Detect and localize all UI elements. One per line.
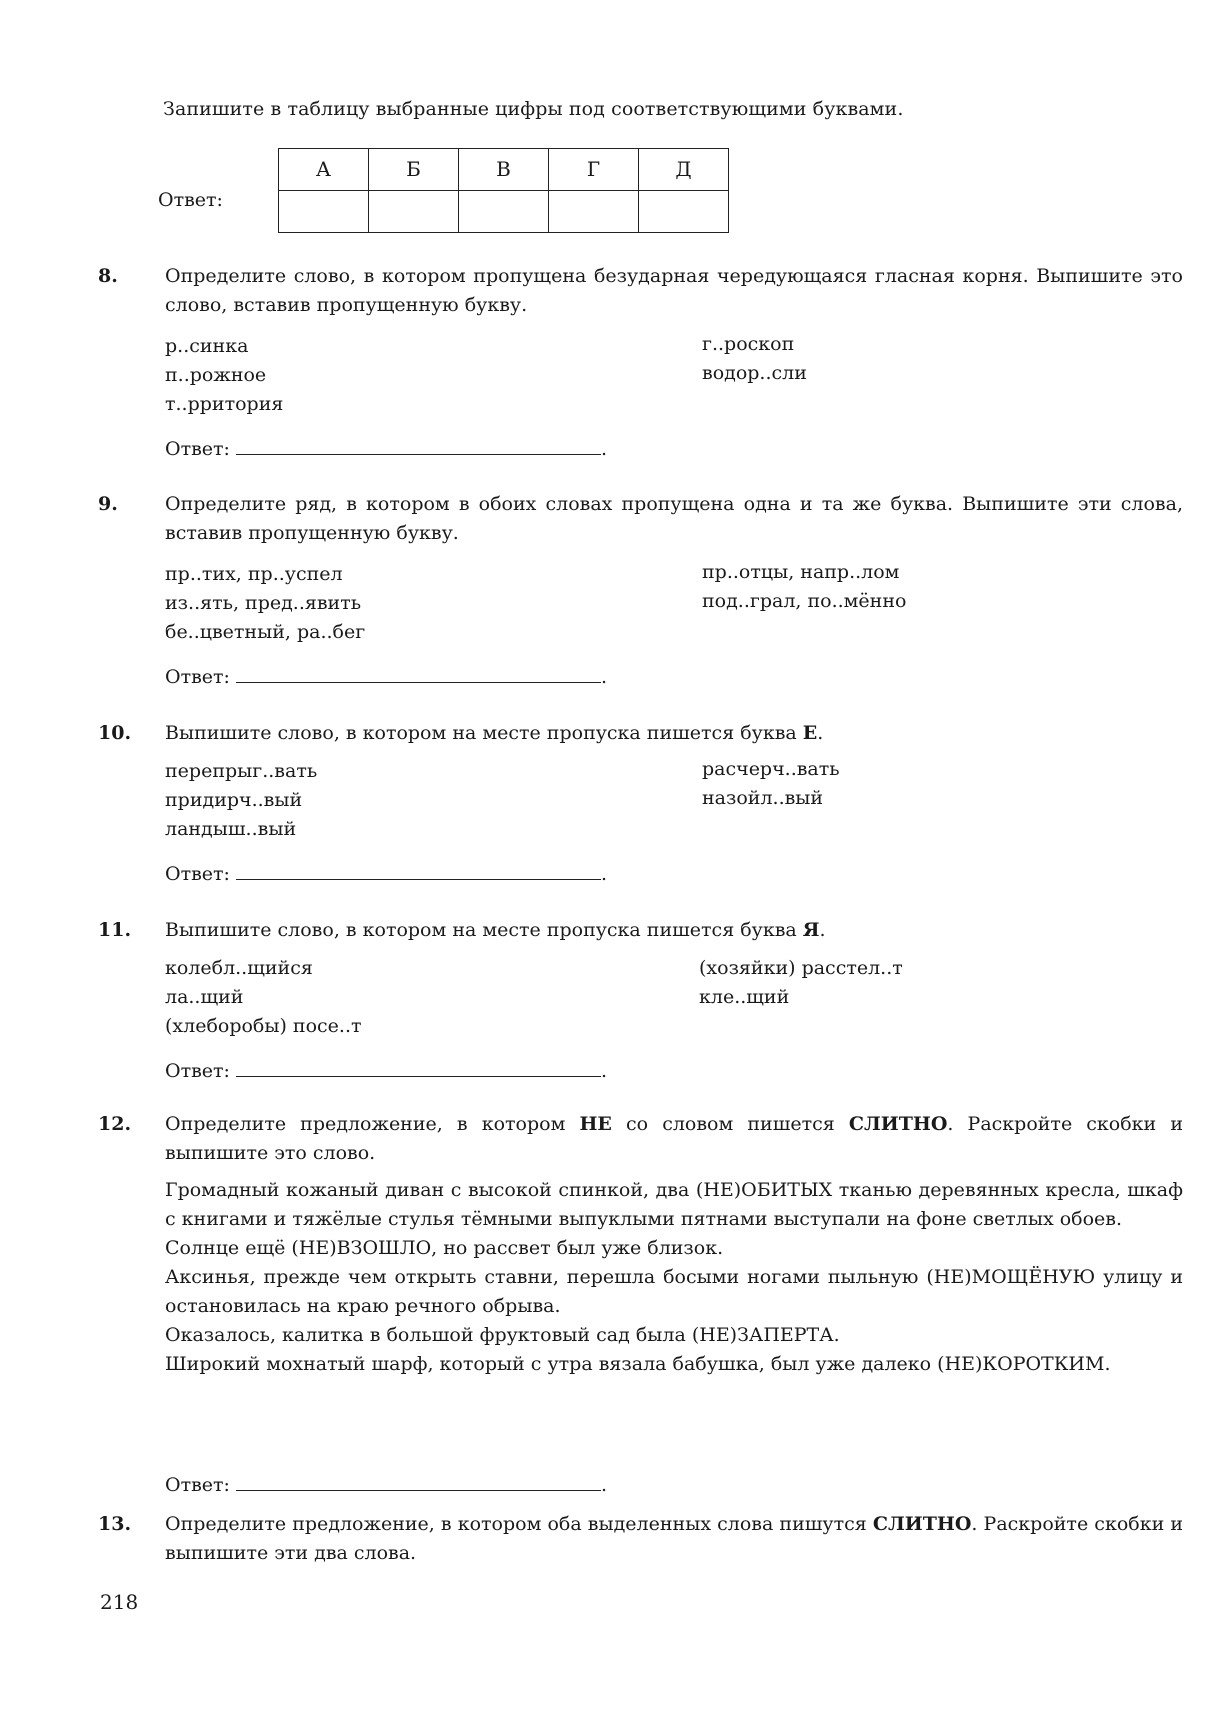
option: г..роскоп [702, 330, 807, 359]
answer-field[interactable] [236, 859, 601, 880]
task-text-part: Выпишите слово, в котором на месте пропу… [165, 722, 803, 744]
task-number: 11. [98, 916, 131, 945]
sentence: Громадный кожаный диван с высокой спинко… [165, 1176, 1183, 1234]
task-text-bold: СЛИТНО [849, 1113, 948, 1135]
task-number: 10. [98, 719, 131, 748]
table-cell-g[interactable] [549, 191, 639, 233]
sentence-list: Громадный кожаный диван с высокой спинко… [165, 1176, 1183, 1379]
answer-label: Ответ: [165, 666, 230, 688]
option: ландыш..вый [165, 815, 317, 844]
option: расчерч..вать [702, 755, 840, 784]
answer-field[interactable] [236, 1056, 601, 1077]
page-number: 218 [100, 1588, 138, 1617]
task-text-part: . [820, 919, 826, 941]
option: (хлеборобы) посе..т [165, 1012, 362, 1041]
answer-line: Ответ:. [165, 662, 607, 692]
answer-line: Ответ:. [165, 434, 607, 464]
sentence: Аксинья, прежде чем открыть ставни, пере… [165, 1263, 1183, 1321]
task-text-bold: СЛИТНО [873, 1513, 972, 1535]
sentence: Солнце ещё (НЕ)ВЗОШЛО, но рассвет был уж… [165, 1234, 1183, 1263]
task-text-bold: Е [803, 722, 817, 744]
answer-period: . [601, 438, 607, 460]
option: кле..щий [699, 983, 903, 1012]
answer-period: . [601, 666, 607, 688]
answer-label: Ответ: [165, 438, 230, 460]
table-header-a: А [279, 149, 369, 191]
task-text: Выпишите слово, в котором на месте пропу… [165, 916, 1183, 945]
answer-table-header-row: А Б В Г Д [279, 149, 729, 191]
task-text: Определите слово, в котором пропущена бе… [165, 262, 1183, 320]
answer-line: Ответ:. [165, 1470, 607, 1500]
answer-field[interactable] [236, 1470, 601, 1491]
task-text-part: Определите предложение, в котором [165, 1113, 579, 1135]
task-text-part: Выпишите слово, в котором на месте пропу… [165, 919, 803, 941]
answer-line: Ответ:. [165, 859, 607, 889]
option: назойл..вый [702, 784, 840, 813]
task-text: Выпишите слово, в котором на месте пропу… [165, 719, 1183, 748]
task-text-bold: Я [803, 919, 820, 941]
option: колебл..щийся [165, 954, 362, 983]
table-header-b: Б [369, 149, 459, 191]
task-text: Определите предложение, в котором НЕ со … [165, 1110, 1183, 1168]
answer-field[interactable] [236, 662, 601, 683]
table-header-v: В [459, 149, 549, 191]
table-header-d: Д [639, 149, 729, 191]
answer-period: . [601, 1060, 607, 1082]
table-cell-a[interactable] [279, 191, 369, 233]
textbook-page: Запишите в таблицу выбранные цифры под с… [0, 0, 1210, 1712]
answer-label: Ответ: [165, 1060, 230, 1082]
option: т..рритория [165, 390, 283, 419]
option: р..синка [165, 332, 283, 361]
task-number: 9. [98, 490, 118, 519]
option: под..грал, по..мённо [702, 587, 906, 616]
task-text-part: . [817, 722, 823, 744]
task-text: Определите ряд, в котором в обоих словах… [165, 490, 1183, 548]
table-instruction: Запишите в таблицу выбранные цифры под с… [163, 95, 903, 124]
option: бе..цветный, ра..бег [165, 618, 365, 647]
task-text: Определите предложение, в котором оба вы… [165, 1510, 1183, 1568]
option: водор..сли [702, 359, 807, 388]
task-number: 12. [98, 1110, 131, 1139]
option: ла..щий [165, 983, 362, 1012]
option: п..рожное [165, 361, 283, 390]
answer-period: . [601, 1474, 607, 1496]
answer-table-value-row [279, 191, 729, 233]
answer-period: . [601, 863, 607, 885]
answer-field[interactable] [236, 434, 601, 455]
task-text-bold: НЕ [579, 1113, 611, 1135]
option: (хозяйки) расстел..т [699, 954, 903, 983]
table-cell-b[interactable] [369, 191, 459, 233]
task-number: 13. [98, 1510, 131, 1539]
option: из..ять, пред..явить [165, 589, 365, 618]
answer-label: Ответ: [158, 186, 223, 215]
task-number: 8. [98, 262, 118, 291]
table-cell-v[interactable] [459, 191, 549, 233]
sentence: Широкий мохнатый шарф, который с утра вя… [165, 1350, 1183, 1379]
task-text-part: Определите предложение, в котором оба вы… [165, 1513, 873, 1535]
option: придирч..вый [165, 786, 317, 815]
answer-line: Ответ:. [165, 1056, 607, 1086]
table-header-g: Г [549, 149, 639, 191]
sentence: Оказалось, калитка в большой фруктовый с… [165, 1321, 1183, 1350]
option: пр..отцы, напр..лом [702, 558, 906, 587]
table-cell-d[interactable] [639, 191, 729, 233]
task-text-part: со словом пишется [612, 1113, 849, 1135]
answer-table: А Б В Г Д [278, 148, 729, 233]
option: пр..тих, пр..успел [165, 560, 365, 589]
answer-label: Ответ: [165, 863, 230, 885]
option: перепрыг..вать [165, 757, 317, 786]
answer-label: Ответ: [165, 1474, 230, 1496]
